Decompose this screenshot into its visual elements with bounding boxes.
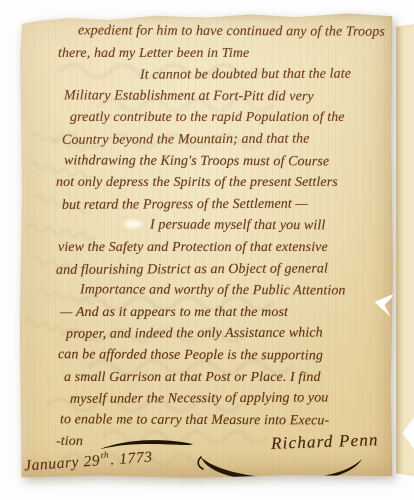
letter-line: I persuade myself that you will <box>150 215 394 238</box>
manuscript-page-wrap: expedient for him to have continued any … <box>20 13 393 478</box>
signature: Richard Penn <box>271 430 379 454</box>
letter-line: Country beyond the Mountain; and that th… <box>62 128 394 151</box>
letter-line: a small Garrison at that Post or Place. … <box>64 367 394 389</box>
letter-line: but retard the Progress of the Settlemen… <box>62 193 394 216</box>
manuscript-page: expedient for him to have continued any … <box>20 13 393 478</box>
letter-line: there, had my Letter been in Time <box>58 43 394 65</box>
hyphenated-word-end: -tion <box>56 431 83 453</box>
letter-line: greatly contribute to the rapid Populati… <box>70 107 394 129</box>
letter-body: expedient for him to have continued any … <box>54 21 394 453</box>
paper-smudge <box>124 220 142 228</box>
letter-line: withdrawing the King's Troops must of Co… <box>64 150 394 173</box>
letter-line: Importance and worthy of the Public Atte… <box>80 279 394 302</box>
scan-background: expedient for him to have continued any … <box>0 0 414 500</box>
date-line: January 29th. 1773 <box>23 447 153 476</box>
date-month-day: January 29 <box>24 452 101 474</box>
letter-line: and flourishing District as an Object of… <box>56 258 394 281</box>
date-year: . 1773 <box>110 449 153 469</box>
letter-line: can be afforded those People is the supp… <box>58 344 394 367</box>
signature-flourish <box>195 453 367 487</box>
letter-line: to enable me to carry that Measure into … <box>60 409 394 432</box>
letter-line: not only depress the Spirits of the pres… <box>56 172 394 194</box>
letter-line: Military Establishment at Fort-Pitt did … <box>64 85 394 108</box>
letter-line: It cannot be doubted but that the late <box>140 64 394 87</box>
letter-line: myself under the Necessity of applying t… <box>70 387 394 410</box>
letter-line: — And as it appears to me that the most <box>60 302 394 324</box>
letter-line: expedient for him to have continued any … <box>78 20 394 43</box>
adjacent-page-edge <box>396 24 414 476</box>
letter-line: proper, and indeed the only Assistance w… <box>66 322 394 345</box>
date-ordinal: th <box>100 450 109 461</box>
letter-line: view the Safety and Protection of that e… <box>58 237 394 259</box>
